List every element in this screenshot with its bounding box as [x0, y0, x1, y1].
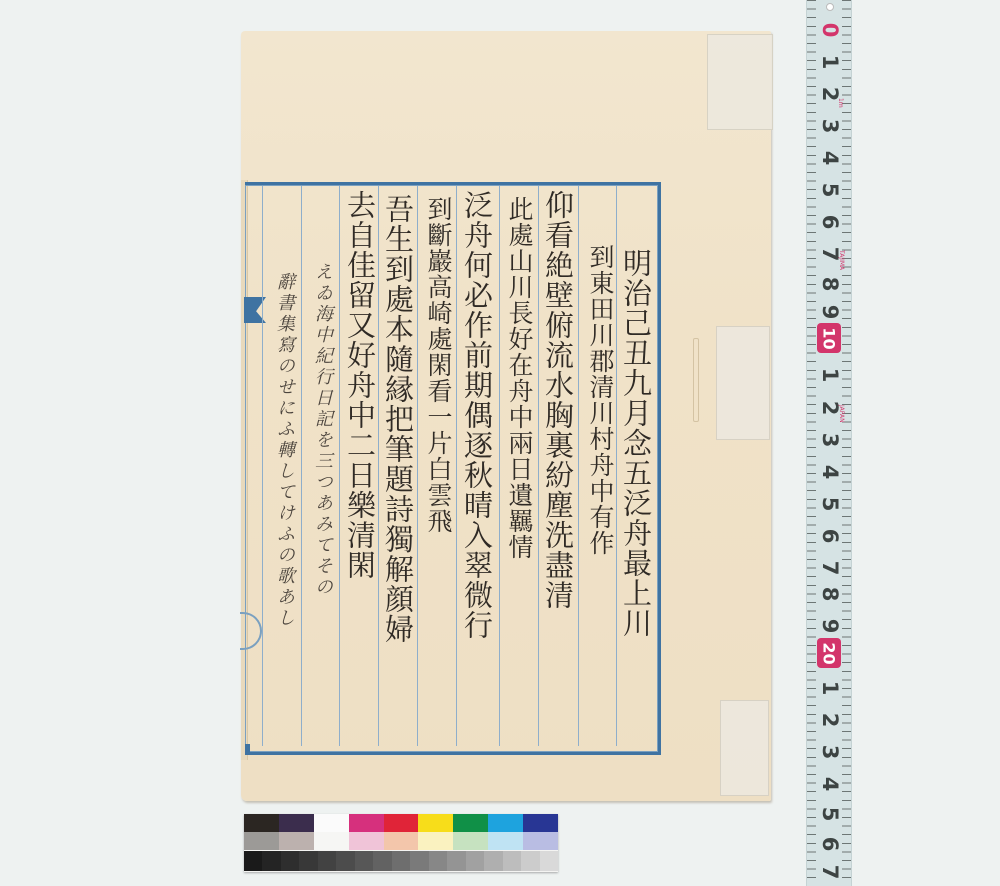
color-swatch: [336, 851, 354, 871]
text-column: 仰看絶壁俯流水胸裏紛塵洗盡清: [540, 190, 576, 610]
ruler-label: 6: [818, 527, 842, 545]
ruler-origin: JAPAN: [838, 405, 845, 423]
ruler-label: 4: [818, 149, 842, 167]
ruler-label: 1: [818, 53, 842, 71]
color-swatch: [314, 814, 349, 832]
text-column: 去自佳留又好舟中二日樂清閑: [342, 190, 378, 580]
color-swatch: [453, 814, 488, 832]
color-swatch: [429, 851, 447, 871]
color-swatch: [466, 851, 484, 871]
color-swatch: [453, 832, 488, 850]
ruler-label: 6: [818, 213, 842, 231]
color-swatch: [244, 832, 279, 850]
ruler-label: 7: [818, 559, 842, 577]
color-swatch: [523, 814, 558, 832]
tape-ticks-right: [842, 0, 851, 886]
ruler-label: 3: [818, 743, 842, 761]
tape-ticks-left: [807, 0, 816, 886]
checker-row-grayscale: [244, 851, 558, 871]
repair-tape-top: [707, 34, 773, 130]
ruler-label: 5: [818, 495, 842, 513]
text-column: 到東田川郡清川村舟中有作: [582, 244, 618, 556]
color-swatch: [384, 832, 419, 850]
color-swatch: [373, 851, 391, 871]
ruler-unit-mark: 1m: [837, 98, 844, 108]
color-swatch: [244, 851, 262, 871]
color-swatch: [262, 851, 280, 871]
ruler-brand: TAJIMA: [838, 250, 845, 270]
color-swatch: [410, 851, 428, 871]
color-swatch: [318, 851, 336, 871]
ruler-label: 8: [818, 585, 842, 603]
color-swatch: [484, 851, 502, 871]
ruler-label: 5: [818, 181, 842, 199]
column-rule: [262, 186, 263, 746]
ruler-label: 3: [818, 431, 842, 449]
ruler-badge-label: 20: [819, 642, 838, 664]
ruler-label: 6: [818, 835, 842, 853]
color-swatch: [279, 814, 314, 832]
title-column: 明治己丑九月念五泛舟最上川: [618, 248, 654, 638]
color-swatch: [418, 814, 453, 832]
color-swatch: [355, 851, 373, 871]
color-swatch: [523, 832, 558, 850]
frame-corner: [245, 744, 250, 754]
color-swatch: [418, 832, 453, 850]
color-checker: [244, 814, 558, 872]
column-rule: [499, 186, 500, 746]
color-swatch: [299, 851, 317, 871]
repair-tape-bottom: [720, 700, 769, 796]
ruler-badge-20: 20: [817, 638, 841, 668]
color-swatch: [244, 814, 279, 832]
color-swatch: [349, 832, 384, 850]
column-rule: [538, 186, 539, 746]
column-rule: [378, 186, 379, 746]
color-swatch: [540, 851, 558, 871]
ruler-label: 7: [818, 863, 842, 881]
measuring-tape: 0 1 2 1m 3 4 5 6 7 TAJIMA 8 9 10 1 2 JAP…: [806, 0, 852, 886]
color-swatch: [281, 851, 299, 871]
cursive-column: 辭書集寫のせにふ轉してけふの歌あし: [266, 272, 302, 629]
checker-row-pastel: [244, 832, 558, 850]
ruler-label: 4: [818, 463, 842, 481]
color-swatch: [392, 851, 410, 871]
column-rule: [456, 186, 457, 746]
ruler-label: 4: [818, 775, 842, 793]
color-swatch: [314, 832, 349, 850]
color-swatch: [279, 832, 314, 850]
text-column: 泛舟何必作前期偶逐秋晴入翠微行: [459, 190, 495, 640]
ruler-label: 8: [818, 275, 842, 293]
repair-tape-middle: [716, 326, 770, 440]
ruler-label: 9: [818, 303, 842, 321]
text-column: 此處山川長好在舟中兩日遺羈情: [501, 196, 537, 560]
ruler-badge-label: 10: [819, 327, 838, 349]
color-swatch: [488, 832, 523, 850]
color-swatch: [384, 814, 419, 832]
color-swatch: [503, 851, 521, 871]
ruler-label: 0: [818, 21, 842, 39]
color-swatch: [521, 851, 539, 871]
cursive-column: えゐ海中紀行日記を三つあみてその: [304, 262, 340, 598]
column-rule: [578, 186, 579, 746]
ruler-label: 5: [818, 805, 842, 823]
ruler-label: 1: [818, 679, 842, 697]
text-column: 吾生到處本隨縁把筆題詩獨解顔婦: [380, 194, 416, 644]
color-swatch: [447, 851, 465, 871]
ruler-badge-10: 10: [817, 323, 841, 353]
text-column: 到斷巖高崎處閑看一片白雲飛: [420, 196, 456, 534]
ruler-label: 9: [818, 617, 842, 635]
tape-hole: [826, 3, 834, 11]
ruler-label: 1: [818, 366, 842, 384]
column-rule: [417, 186, 418, 746]
binding-stitch: [693, 338, 699, 422]
ruler-label: 2: [818, 711, 842, 729]
checker-row-primary: [244, 814, 558, 832]
ruler-label: 3: [818, 117, 842, 135]
color-swatch: [349, 814, 384, 832]
color-swatch: [488, 814, 523, 832]
